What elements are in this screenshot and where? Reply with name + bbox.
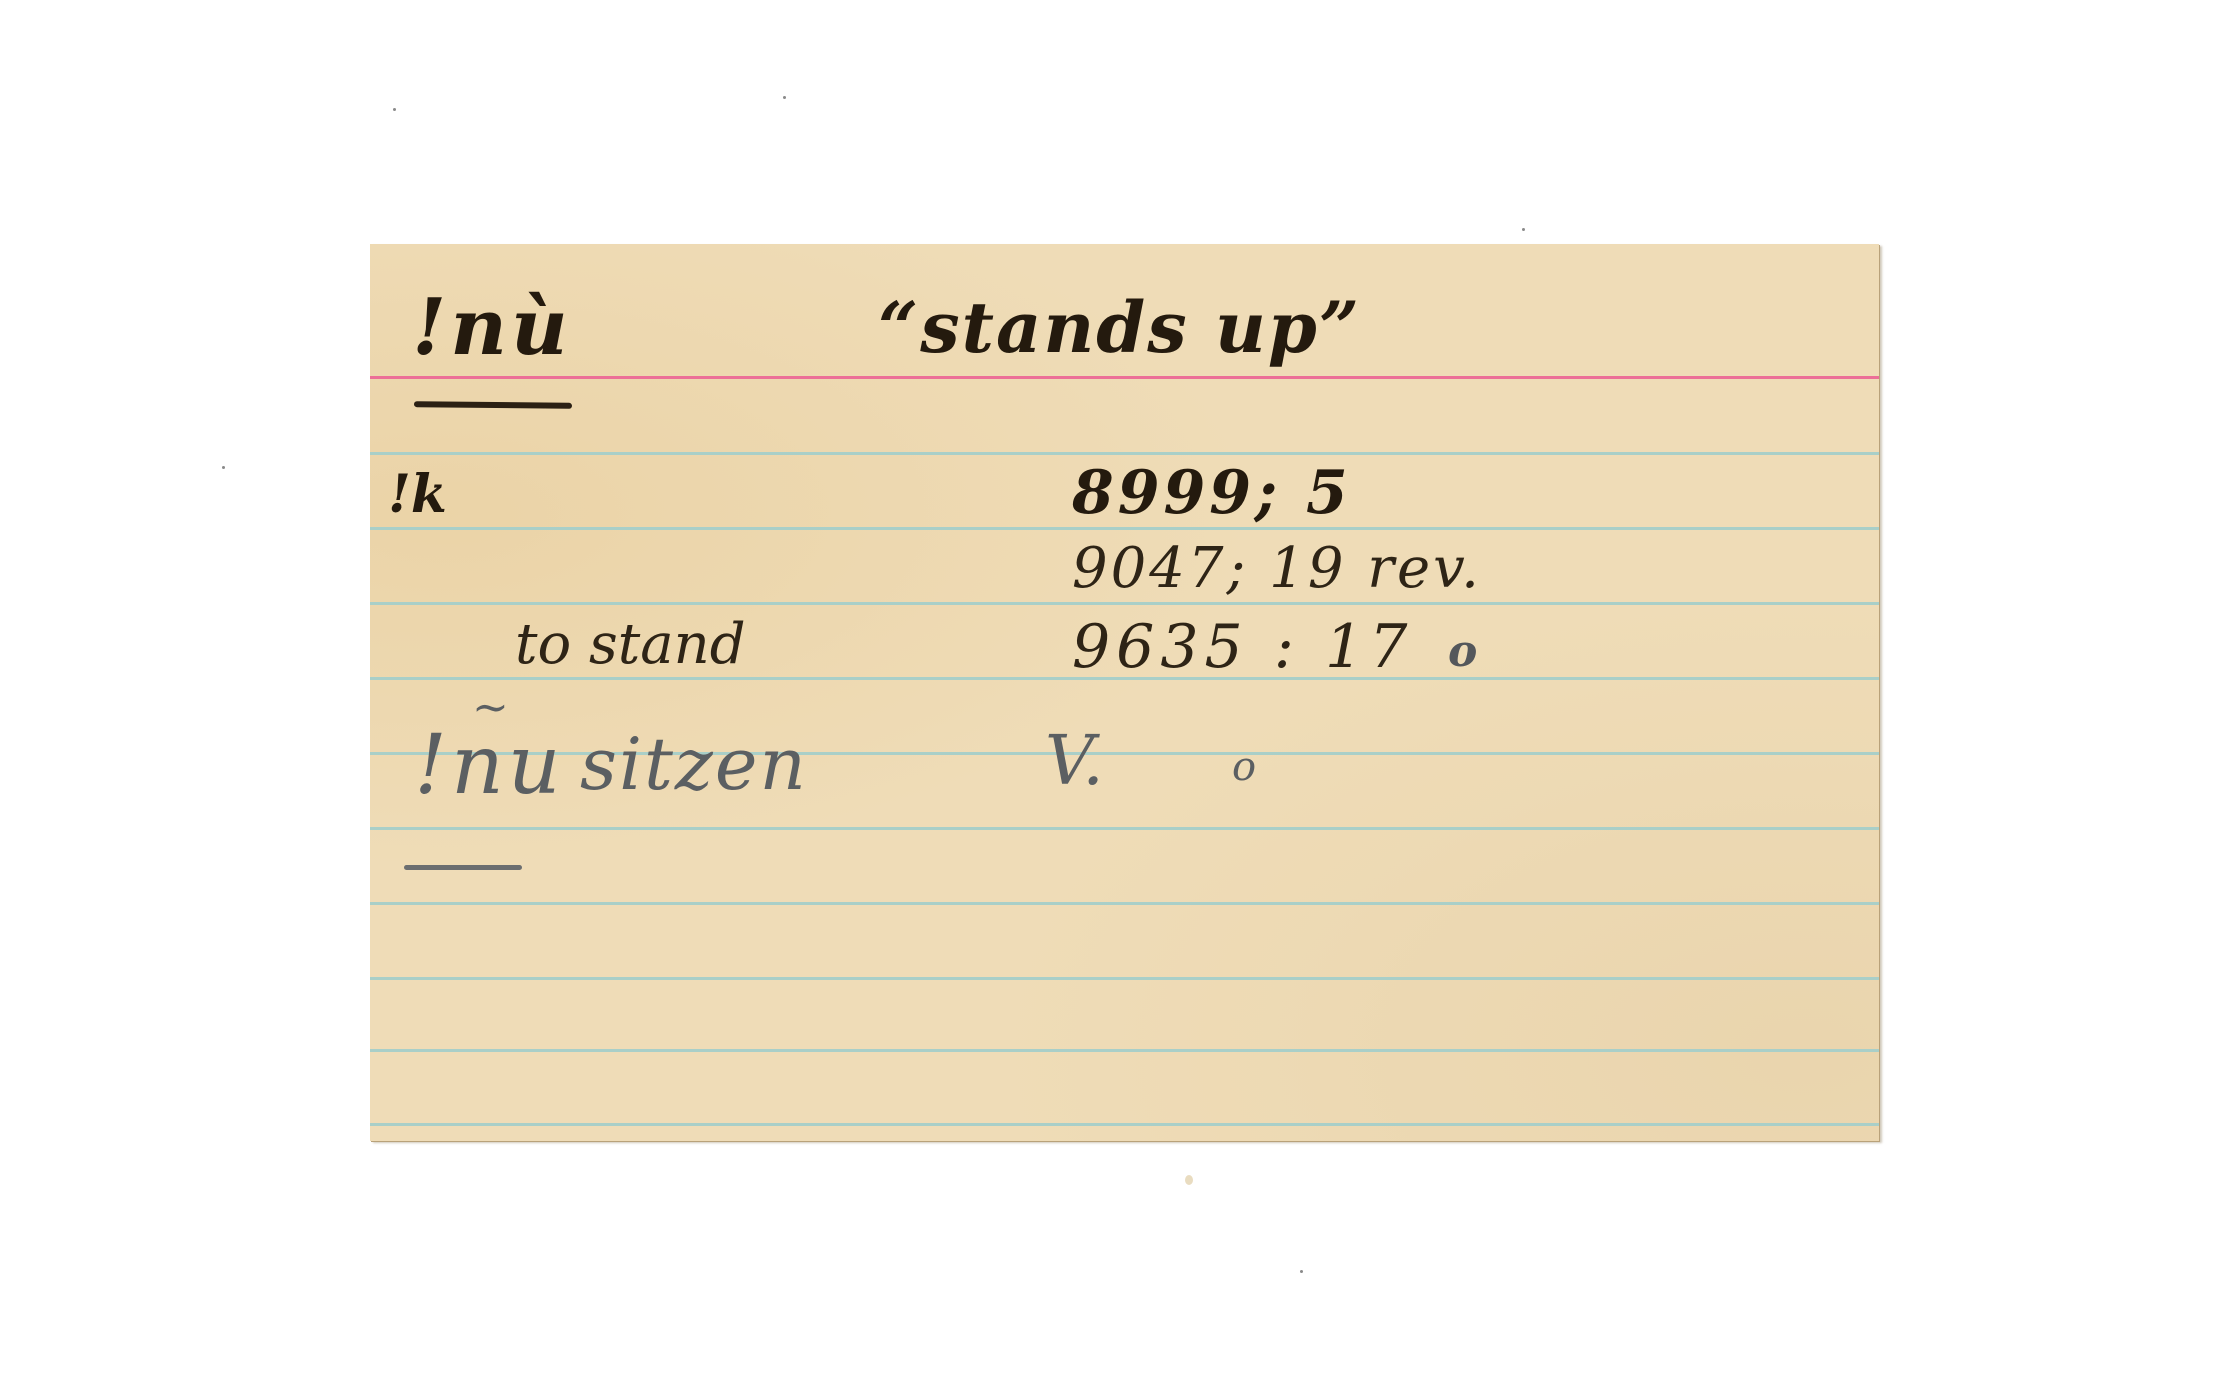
- red-header-rule: [370, 376, 1879, 379]
- dust-speck: [222, 466, 225, 469]
- variant-meaning: sitzen: [580, 722, 808, 806]
- variant-underline: [404, 865, 522, 870]
- blue-rule: [370, 827, 1879, 830]
- dust-speck: [1300, 1270, 1303, 1273]
- blue-rule: [370, 1123, 1879, 1126]
- entry-reference: 8999; 5: [1072, 458, 1352, 528]
- blue-rule: [370, 902, 1879, 905]
- variant-mark: o: [1232, 744, 1256, 790]
- entry-reference: 9047; 19 rev.: [1072, 536, 1482, 601]
- entry-label: !k: [388, 464, 447, 525]
- blue-rule: [370, 1049, 1879, 1052]
- variant-source: V.: [1045, 722, 1104, 801]
- dust-speck: [1522, 228, 1525, 231]
- blue-rule: [370, 602, 1879, 605]
- headword-underline: [414, 401, 572, 409]
- blue-rule: [370, 452, 1879, 455]
- check-mark: o: [1448, 626, 1477, 677]
- dust-speck: [393, 108, 396, 111]
- entry-reference: 9635 : 17: [1072, 612, 1413, 682]
- gloss: “stands up”: [878, 286, 1361, 369]
- entry-label: to stand: [515, 612, 746, 677]
- blue-rule: [370, 977, 1879, 980]
- dust-speck: [1185, 1175, 1193, 1185]
- variant-word: !nu: [414, 718, 565, 813]
- headword: !nù: [412, 282, 572, 373]
- dust-speck: [783, 96, 786, 99]
- index-card: !nù “stands up” !k 8999; 5 9047; 19 rev.…: [370, 244, 1879, 1141]
